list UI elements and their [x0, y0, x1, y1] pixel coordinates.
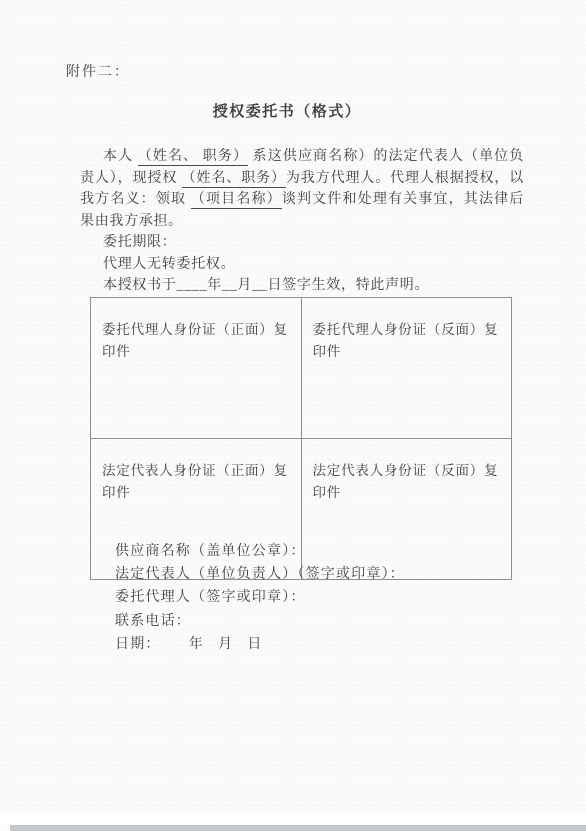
- clause-effective-date: 本授权书于____年__月__日签字生效，特此声明。: [80, 275, 524, 297]
- cell-agent-id-front: 委托代理人身份证（正面）复印件: [91, 298, 302, 439]
- signature-line-legal-representative: 法定代表人（单位负责人）（签字或印章）：: [115, 563, 405, 586]
- clause-entrust-period: 委托期限：: [80, 232, 524, 254]
- fill-in-blank: （项目名称）: [191, 192, 282, 209]
- authorization-paragraph: 本人 （姓名、 职务） 系这供应商名称）的法定代表人（单位负责人），现授权 （姓…: [80, 146, 524, 232]
- page-bottom-margin: [0, 815, 586, 825]
- doc-title: 授权委托书（格式）: [0, 100, 574, 121]
- signature-block: 供应商名称（盖单位公章）： 法定代表人（单位负责人）（签字或印章）： 委托代理人…: [115, 540, 405, 656]
- signature-line-entrusted-agent: 委托代理人（签字或印章）：: [115, 586, 405, 609]
- body-block: 本人 （姓名、 职务） 系这供应商名称）的法定代表人（单位负责人），现授权 （姓…: [80, 146, 524, 297]
- page-bottom-edge-shadow: [10, 825, 586, 831]
- id-copy-table: 委托代理人身份证（正面）复印件 委托代理人身份证（反面）复印件 法定代表人身份证…: [90, 297, 512, 580]
- fill-in-blank: （姓名、 职务）: [138, 149, 248, 166]
- scanned-document-page: 附件二： 授权委托书（格式） 本人 （姓名、 职务） 系这供应商名称）的法定代表…: [0, 0, 586, 831]
- attachment-label: 附件二：: [66, 61, 130, 81]
- signature-line-contact-phone: 联系电话：: [115, 610, 405, 633]
- table-row-agent-id: 委托代理人身份证（正面）复印件 委托代理人身份证（反面）复印件: [91, 298, 512, 439]
- paragraph-text: 本人: [103, 149, 138, 164]
- signature-line-supplier-name: 供应商名称（盖单位公章）：: [115, 540, 405, 563]
- cell-agent-id-back: 委托代理人身份证（反面）复印件: [301, 298, 512, 439]
- fill-in-blank: （姓名、职务）: [182, 171, 286, 188]
- signature-line-date: 日期： 年 月 日: [115, 633, 405, 656]
- clause-no-sub-delegation: 代理人无转委托权。: [80, 254, 524, 276]
